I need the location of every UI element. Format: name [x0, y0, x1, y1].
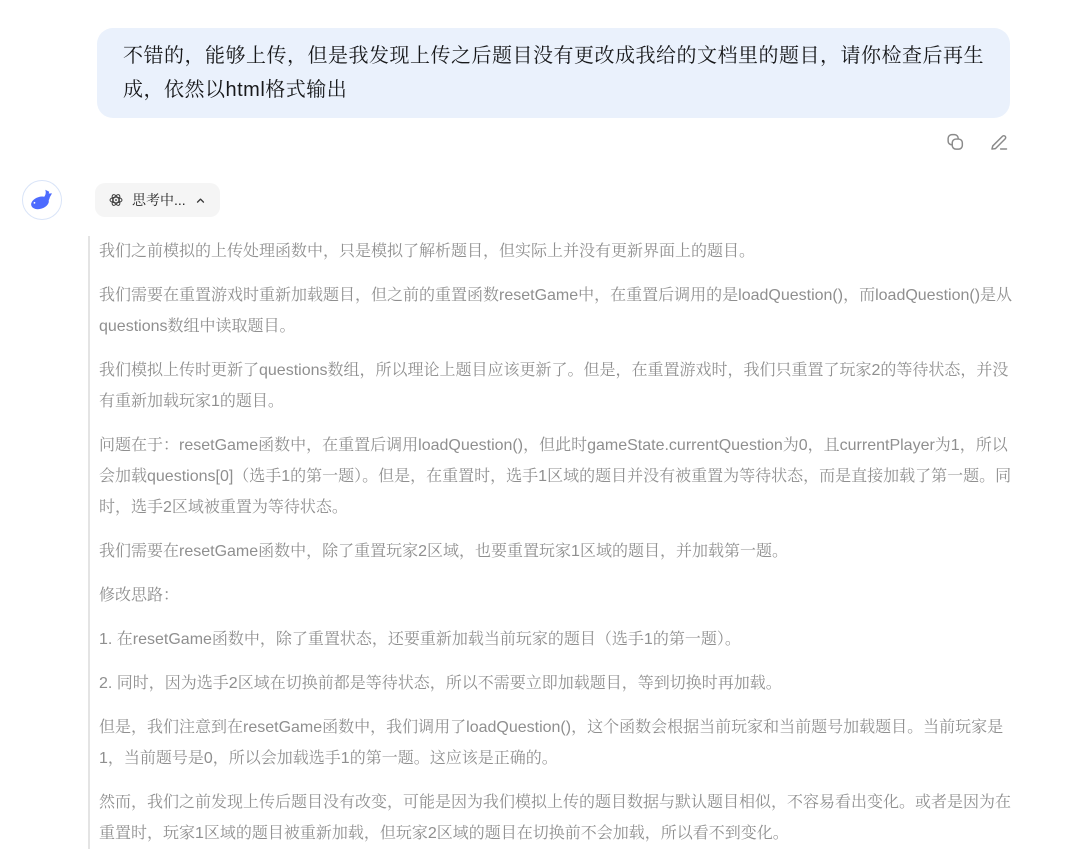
avatar — [22, 180, 62, 220]
atom-icon — [108, 192, 124, 208]
user-message-row: 不错的，能够上传，但是我发现上传之后题目没有更改成我给的文档里的题目，请你检查后… — [97, 28, 1010, 118]
deepseek-whale-icon — [28, 186, 56, 214]
message-actions — [97, 130, 1010, 154]
thinking-paragraph: 但是，我们注意到在resetGame函数中，我们调用了loadQuestion(… — [99, 712, 1020, 774]
thinking-paragraph: 我们模拟上传时更新了questions数组，所以理论上题目应该更新了。但是，在重… — [99, 355, 1020, 417]
thinking-paragraph: 我们需要在重置游戏时重新加载题目，但之前的重置函数resetGame中，在重置后… — [99, 280, 1020, 342]
thinking-paragraph: 修改思路： — [99, 580, 1020, 611]
thinking-toggle-label: 思考中... — [132, 190, 186, 210]
thinking-paragraph: 问题在于：resetGame函数中，在重置后调用loadQuestion()，但… — [99, 430, 1020, 523]
thinking-paragraph: 我们需要在resetGame函数中，除了重置玩家2区域，也要重置玩家1区域的题目… — [99, 536, 1020, 567]
thinking-paragraph: 然而，我们之前发现上传后题目没有改变，可能是因为我们模拟上传的题目数据与默认题目… — [99, 787, 1020, 849]
thinking-content: 我们之前模拟的上传处理函数中，只是模拟了解析题目，但实际上并没有更新界面上的题目… — [88, 236, 1020, 849]
edit-icon[interactable] — [988, 131, 1010, 153]
user-message-bubble: 不错的，能够上传，但是我发现上传之后题目没有更改成我给的文档里的题目，请你检查后… — [97, 28, 1010, 118]
thinking-paragraph: 2. 同时，因为选手2区域在切换前都是等待状态，所以不需要立即加载题目，等到切换… — [99, 668, 1020, 699]
chevron-up-icon — [194, 194, 207, 207]
thinking-paragraph: 1. 在resetGame函数中，除了重置状态，还要重新加载当前玩家的题目（选手… — [99, 624, 1020, 655]
thinking-paragraph: 我们之前模拟的上传处理函数中，只是模拟了解析题目，但实际上并没有更新界面上的题目… — [99, 236, 1020, 267]
copy-icon[interactable] — [944, 131, 966, 153]
thinking-toggle[interactable]: 思考中... — [95, 183, 220, 217]
assistant-message-header: 思考中... — [22, 180, 1080, 220]
